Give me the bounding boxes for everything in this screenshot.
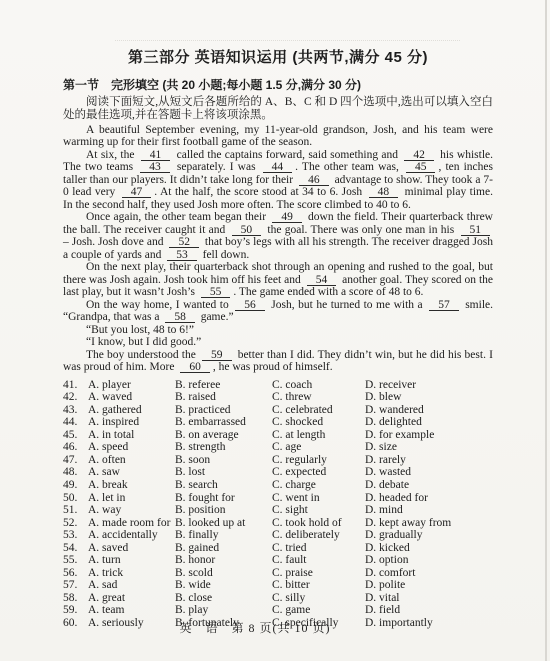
part-title: 第三部分 英语知识运用 (共两节,满分 45 分) (63, 46, 493, 67)
option-b: B. embarrassed (175, 416, 272, 429)
option-b: B. gained (175, 542, 272, 555)
cloze-blank-48: 48 (369, 187, 399, 198)
cloze-blank-59: 59 (202, 350, 232, 361)
option-c: C. tried (272, 542, 365, 555)
option-b: B. fought for (175, 492, 272, 505)
option-a: A. let in (88, 492, 175, 505)
question-number: 57. (63, 579, 88, 592)
option-c: C. fault (272, 554, 365, 567)
cloze-blank-47: 47 (122, 187, 152, 198)
option-c: C. expected (272, 466, 365, 479)
question-number: 42. (63, 391, 88, 404)
option-b: B. play (175, 604, 272, 617)
option-d: D. field (365, 604, 493, 617)
option-d: D. size (365, 441, 493, 454)
question-row-42: 42.A. wavedB. raisedC. threwD. blew (63, 391, 493, 404)
option-a: A. saved (88, 542, 175, 555)
option-d: D. option (365, 554, 493, 567)
option-d: D. rarely (365, 454, 493, 467)
option-a: A. inspired (88, 416, 175, 429)
cloze-blank-41: 41 (141, 150, 171, 161)
option-b: B. on average (175, 429, 272, 442)
cloze-blank-50: 50 (232, 225, 262, 236)
option-c: C. took hold of (272, 517, 365, 530)
option-b: B. looked up at (175, 517, 272, 530)
option-a: A. gathered (88, 404, 175, 417)
question-number: 48. (63, 466, 88, 479)
option-a: A. accidentally (88, 529, 175, 542)
question-number: 59. (63, 604, 88, 617)
option-c: C. at length (272, 429, 365, 442)
option-d: D. polite (365, 579, 493, 592)
question-number: 45. (63, 429, 88, 442)
option-a: A. in total (88, 429, 175, 442)
option-c: C. threw (272, 391, 365, 404)
option-b: B. wide (175, 579, 272, 592)
passage-paragraph: The boy understood the 59 better than I … (63, 349, 493, 374)
option-d: D. mind (365, 504, 493, 517)
question-number: 52. (63, 517, 88, 530)
cloze-blank-54: 54 (307, 275, 337, 286)
option-a: A. trick (88, 567, 175, 580)
cloze-blank-43: 43 (140, 162, 170, 173)
passage-paragraph: On the way home, I wanted to 56 Josh, bu… (63, 299, 493, 324)
question-row-49: 49.A. breakB. searchC. chargeD. debate (63, 479, 493, 492)
cloze-blank-52: 52 (169, 237, 199, 248)
question-row-46: 46.A. speedB. strengthC. ageD. size (63, 441, 493, 454)
question-row-52: 52.A. made room forB. looked up atC. too… (63, 517, 493, 530)
instructions-text: 阅读下面短文,从短文后各题所给的 A、B、C 和 D 四个选项中,选出可以填入空… (63, 96, 493, 122)
option-b: B. finally (175, 529, 272, 542)
passage-paragraph: “I know, but I did good.” (63, 336, 493, 349)
option-c: C. praise (272, 567, 365, 580)
question-number: 56. (63, 567, 88, 580)
option-d: D. for example (365, 429, 493, 442)
cloze-blank-58: 58 (165, 312, 195, 323)
question-row-43: 43.A. gatheredB. practicedC. celebratedD… (63, 404, 493, 417)
option-a: A. break (88, 479, 175, 492)
question-row-53: 53.A. accidentallyB. finallyC. deliberat… (63, 529, 493, 542)
cloze-blank-51: 51 (461, 225, 491, 236)
question-row-47: 47.A. oftenB. soonC. regularlyD. rarely (63, 454, 493, 467)
cloze-blank-53: 53 (167, 250, 197, 261)
scan-edge-shadow (545, 0, 547, 661)
option-c: C. shocked (272, 416, 365, 429)
option-d: D. blew (365, 391, 493, 404)
exam-page: 第三部分 英语知识运用 (共两节,满分 45 分) 第一节 完形填空 (共 20… (0, 0, 550, 661)
cloze-blank-45: 45 (406, 162, 436, 173)
question-row-45: 45.A. in totalB. on averageC. at lengthD… (63, 429, 493, 442)
cloze-blank-49: 49 (272, 212, 302, 223)
option-c: C. sight (272, 504, 365, 517)
question-number: 53. (63, 529, 88, 542)
option-a: A. sad (88, 579, 175, 592)
passage-paragraph: Once again, the other team began their 4… (63, 211, 493, 261)
option-c: C. age (272, 441, 365, 454)
option-b: B. practiced (175, 404, 272, 417)
passage-paragraph: At six, the 41 called the captains forwa… (63, 149, 493, 212)
page-footer: 英 语 第 8 页(共 10 页) (0, 619, 510, 636)
option-b: B. lost (175, 466, 272, 479)
option-d: D. headed for (365, 492, 493, 505)
question-number: 47. (63, 454, 88, 467)
section-heading: 第一节 完形填空 (共 20 小题;每小题 1.5 分,满分 30 分) (63, 76, 493, 93)
option-d: D. vital (365, 592, 493, 605)
option-c: C. game (272, 604, 365, 617)
option-d: D. kept away from (365, 517, 493, 530)
option-a: A. player (88, 379, 175, 392)
scan-artifact-line (115, 40, 460, 41)
passage-paragraph: A beautiful September evening, my 11-yea… (63, 124, 493, 149)
question-row-55: 55.A. turnB. honorC. faultD. option (63, 554, 493, 567)
cloze-blank-57: 57 (429, 300, 459, 311)
passage-paragraph: “But you lost, 48 to 6!” (63, 324, 493, 337)
question-row-48: 48.A. sawB. lostC. expectedD. wasted (63, 466, 493, 479)
option-a: A. way (88, 504, 175, 517)
option-c: C. charge (272, 479, 365, 492)
option-a: A. turn (88, 554, 175, 567)
question-row-59: 59.A. teamB. playC. gameD. field (63, 604, 493, 617)
option-b: B. search (175, 479, 272, 492)
question-number: 58. (63, 592, 88, 605)
option-c: C. regularly (272, 454, 365, 467)
option-c: C. coach (272, 379, 365, 392)
question-row-51: 51.A. wayB. positionC. sightD. mind (63, 504, 493, 517)
option-b: B. strength (175, 441, 272, 454)
option-d: D. receiver (365, 379, 493, 392)
question-number: 43. (63, 404, 88, 417)
question-number: 46. (63, 441, 88, 454)
question-row-44: 44.A. inspiredB. embarrassedC. shockedD.… (63, 416, 493, 429)
question-number: 49. (63, 479, 88, 492)
question-row-41: 41.A. playerB. refereeC. coachD. receive… (63, 379, 493, 392)
question-row-58: 58.A. greatB. closeC. sillyD. vital (63, 592, 493, 605)
option-b: B. referee (175, 379, 272, 392)
option-a: A. waved (88, 391, 175, 404)
option-c: C. celebrated (272, 404, 365, 417)
option-d: D. delighted (365, 416, 493, 429)
question-row-50: 50.A. let inB. fought forC. went inD. he… (63, 492, 493, 505)
option-d: D. kicked (365, 542, 493, 555)
cloze-blank-60: 60 (180, 362, 210, 373)
question-row-54: 54.A. savedB. gainedC. triedD. kicked (63, 542, 493, 555)
option-d: D. wandered (365, 404, 493, 417)
option-b: B. position (175, 504, 272, 517)
option-c: C. went in (272, 492, 365, 505)
option-d: D. gradually (365, 529, 493, 542)
cloze-blank-56: 56 (235, 300, 265, 311)
cloze-blank-44: 44 (263, 162, 293, 173)
question-number: 54. (63, 542, 88, 555)
option-d: D. comfort (365, 567, 493, 580)
question-number: 50. (63, 492, 88, 505)
option-b: B. close (175, 592, 272, 605)
cloze-blank-46: 46 (299, 175, 329, 186)
passage-paragraph: On the next play, their quarterback shot… (63, 261, 493, 299)
option-c: C. bitter (272, 579, 365, 592)
options-table: 41.A. playerB. refereeC. coachD. receive… (63, 379, 493, 630)
option-a: A. speed (88, 441, 175, 454)
question-number: 55. (63, 554, 88, 567)
option-b: B. scold (175, 567, 272, 580)
question-number: 51. (63, 504, 88, 517)
option-c: C. silly (272, 592, 365, 605)
option-a: A. saw (88, 466, 175, 479)
option-b: B. honor (175, 554, 272, 567)
question-row-57: 57.A. sadB. wideC. bitterD. polite (63, 579, 493, 592)
option-c: C. deliberately (272, 529, 365, 542)
option-d: D. debate (365, 479, 493, 492)
cloze-blank-55: 55 (201, 287, 231, 298)
cloze-blank-42: 42 (404, 150, 434, 161)
question-number: 41. (63, 379, 88, 392)
option-a: A. made room for (88, 517, 175, 530)
option-b: B. soon (175, 454, 272, 467)
option-d: D. wasted (365, 466, 493, 479)
question-number: 44. (63, 416, 88, 429)
option-a: A. often (88, 454, 175, 467)
cloze-passage: A beautiful September evening, my 11-yea… (63, 124, 493, 374)
option-a: A. team (88, 604, 175, 617)
option-a: A. great (88, 592, 175, 605)
question-row-56: 56.A. trickB. scoldC. praiseD. comfort (63, 567, 493, 580)
option-b: B. raised (175, 391, 272, 404)
